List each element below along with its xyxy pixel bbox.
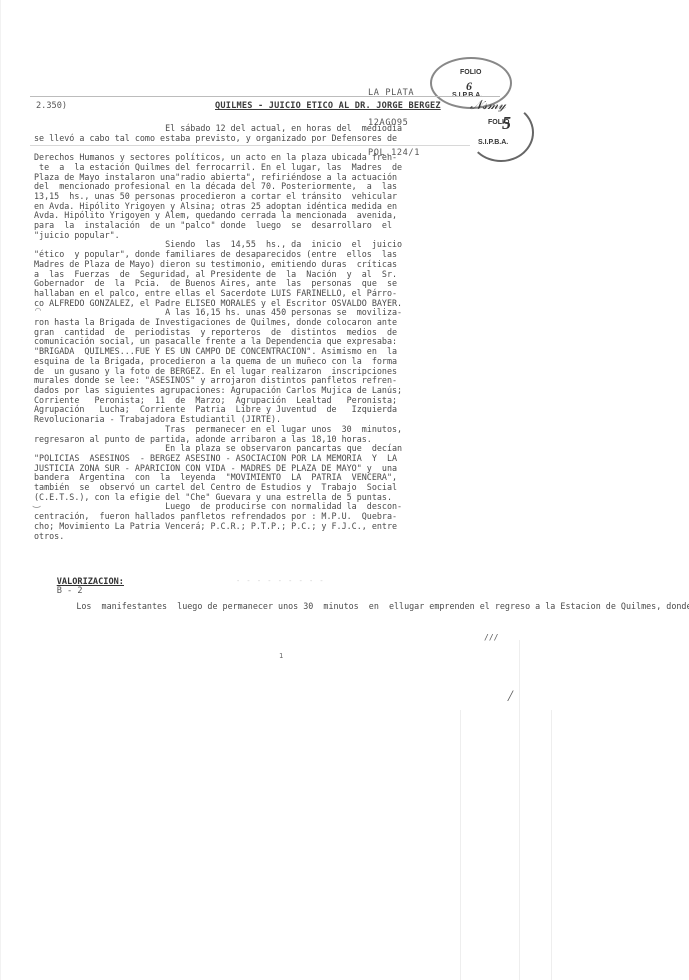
scan-artifact-line — [519, 640, 520, 980]
closing-paragraph: Los manifestantes luego de permanecer un… — [36, 594, 689, 613]
text-line: se llevó a cabo tal como estaba previsto… — [34, 134, 504, 144]
fold-rule — [30, 145, 470, 146]
scan-artifact-line — [460, 710, 461, 980]
pen-stroke-icon: / — [508, 688, 512, 706]
report-title: QUILMES - JUICIO ETICO AL DR. JORGE BERG… — [215, 102, 441, 112]
text-line: Los manifestantes luego de permanecer un… — [36, 601, 399, 611]
margin-mark-icon: ⌒ — [35, 305, 41, 316]
faint-text: ‐ ‐ ‐ ‐ ‐ ‐ ‐ ‐ ‐ — [236, 577, 325, 585]
stamp-label: FOLIO — [460, 69, 481, 76]
report-number: 2.350) — [36, 102, 67, 112]
margin-mark-icon: ‿ — [33, 494, 40, 508]
report-body: El sábado 12 del actual, en horas del me… — [34, 124, 504, 541]
text-line: otros. — [34, 532, 504, 542]
scan-edge — [0, 0, 1, 980]
document-page: LA PLATA 12AGO95 POL.124/1 FOLIO 6 S.I.P… — [0, 0, 689, 980]
scan-artifact-line — [551, 710, 552, 980]
continuation-mark: /// — [484, 633, 498, 643]
top-rule — [30, 96, 500, 97]
text-line: lugar emprenden el regreso a la Estacion… — [399, 601, 689, 611]
text-line: cho; Movimiento La Patria Vencerá; P.C.R… — [34, 522, 504, 532]
valuation-label: VALORIZACION: — [57, 577, 124, 587]
header-city: LA PLATA — [368, 88, 420, 99]
page-number: 1 — [279, 652, 283, 662]
